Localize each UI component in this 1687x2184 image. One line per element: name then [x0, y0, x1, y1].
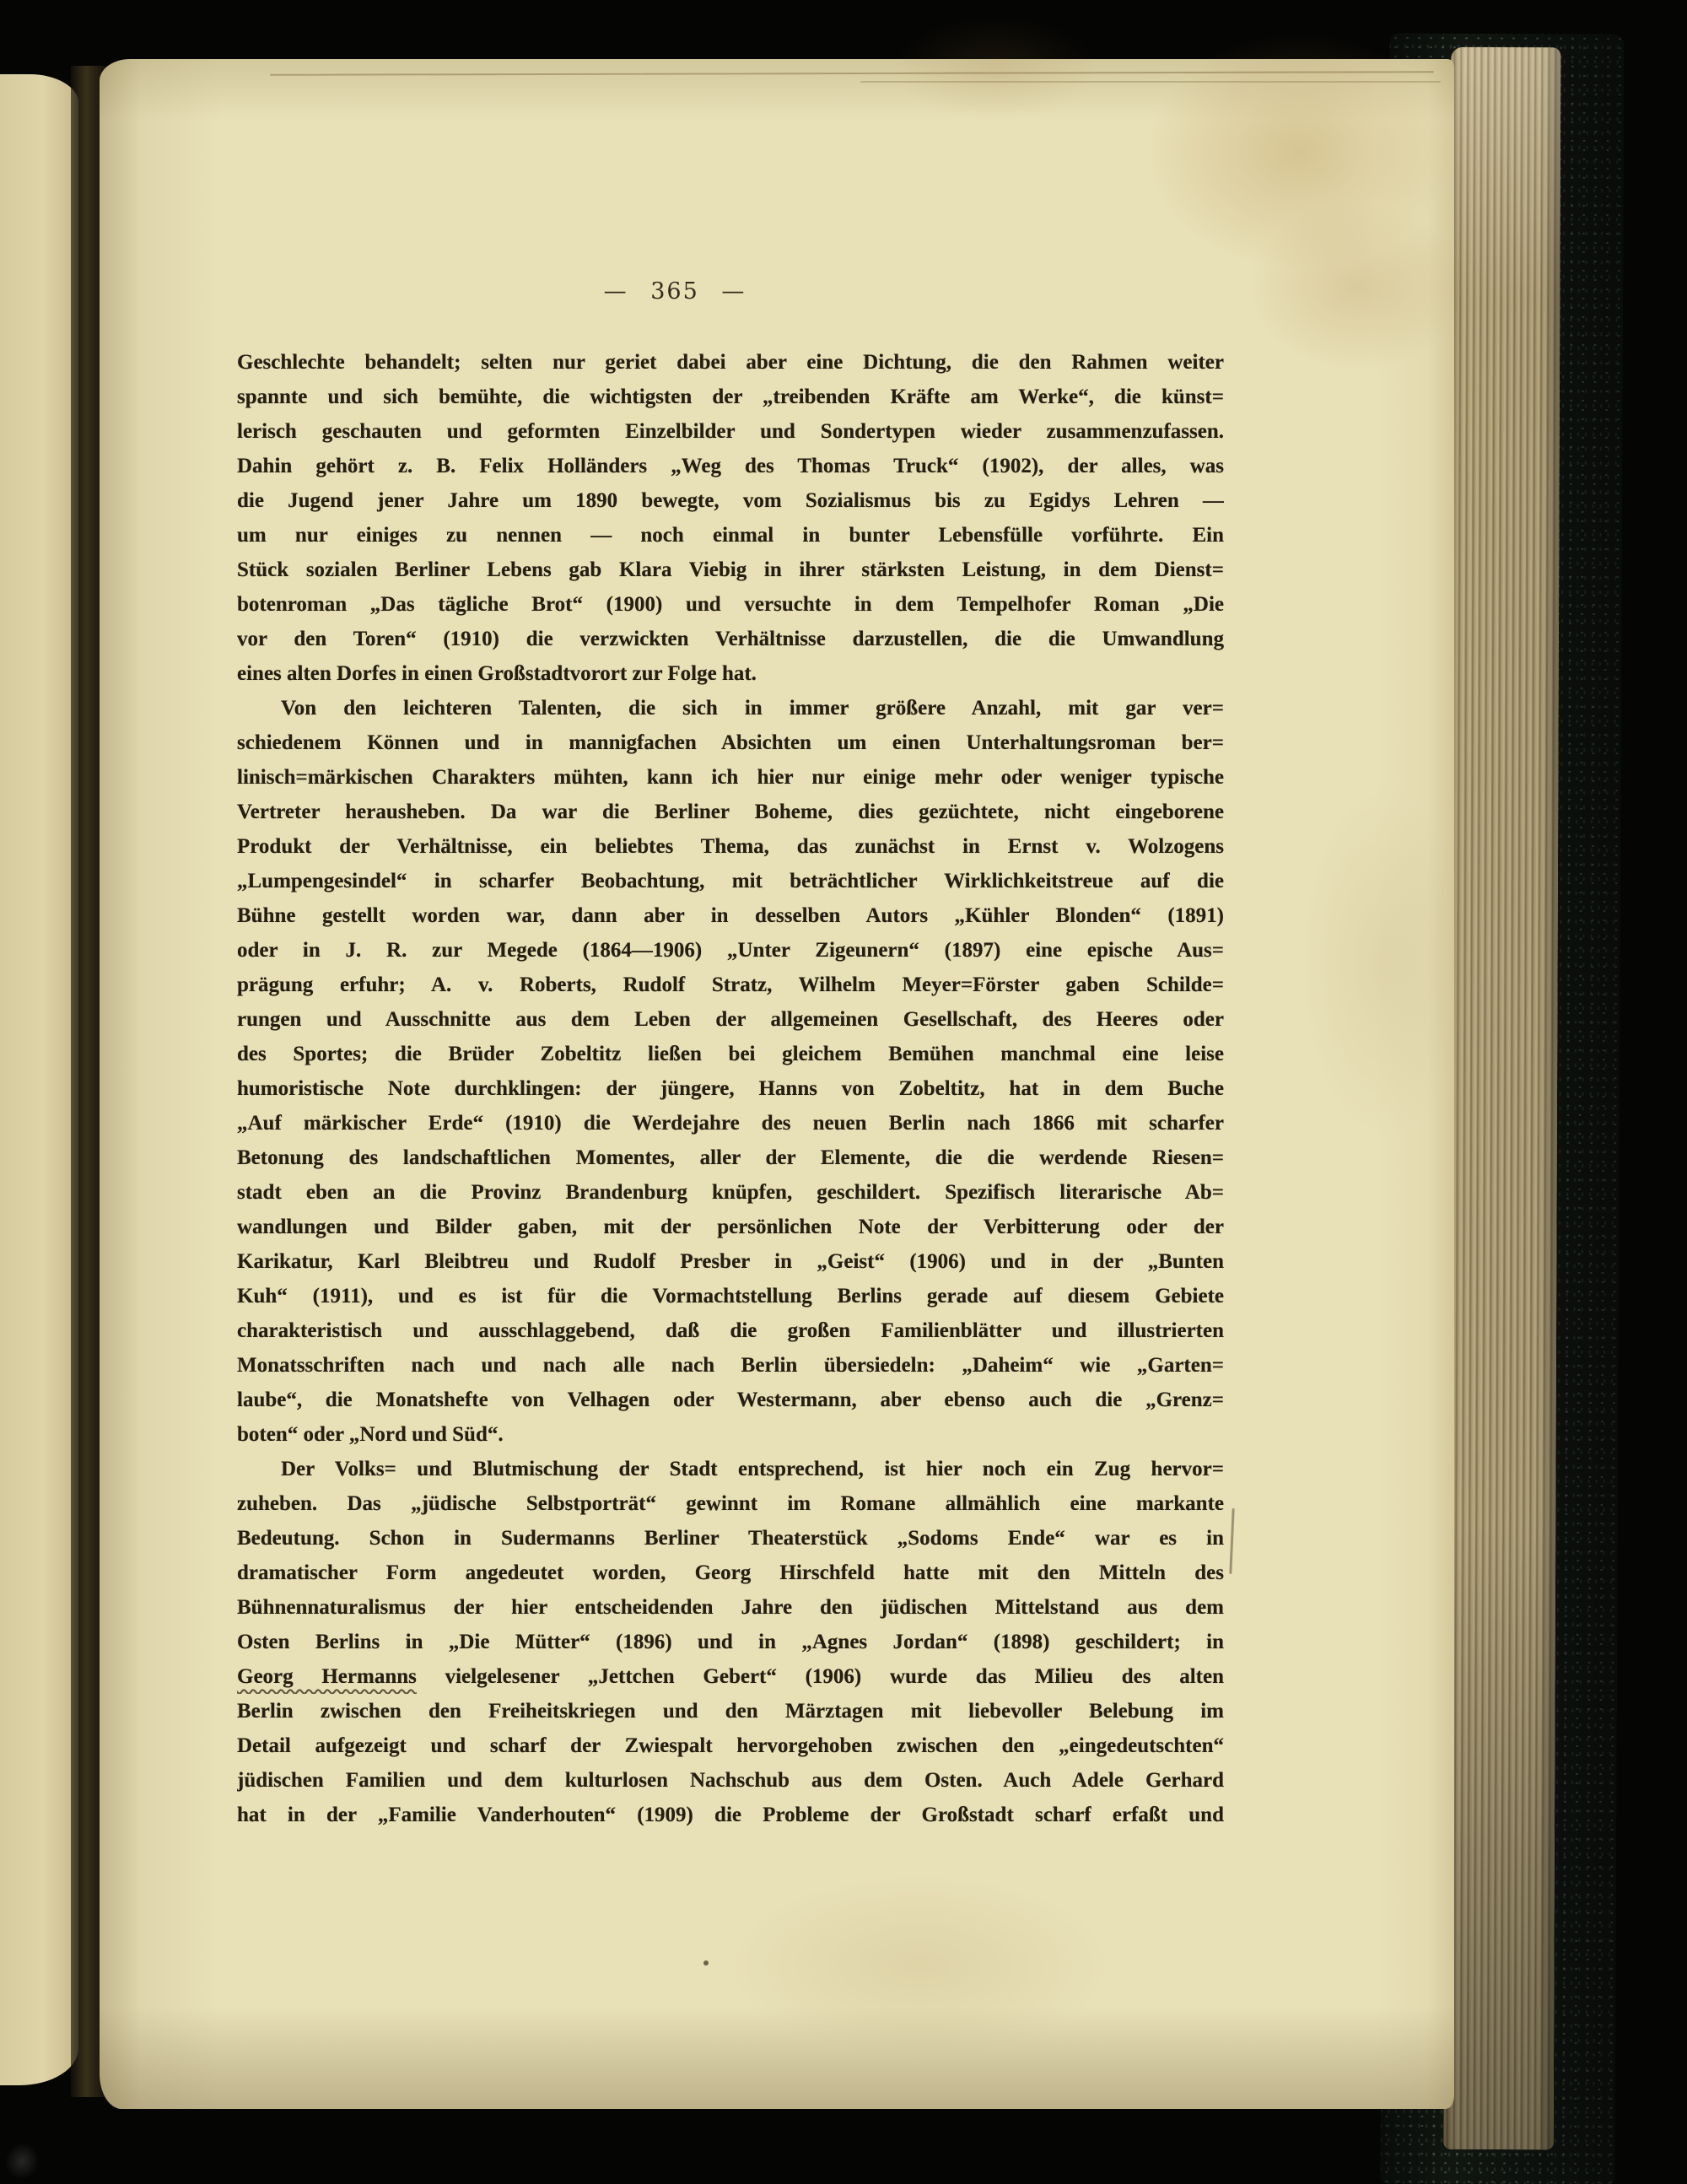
text-line: Georg Hermanns vielgelesener „Jettchen G…: [237, 1659, 1224, 1694]
text-line: stadt eben an die Provinz Brandenburg kn…: [237, 1175, 1224, 1210]
text-line: eines alten Dorfes in einen Großstadtvor…: [237, 656, 1224, 691]
text-line: Produkt der Verhältnisse, ein beliebtes …: [237, 829, 1224, 864]
text-line: jüdischen Familien und dem kulturlosen N…: [237, 1763, 1224, 1798]
text-line: zuheben. Das „jüdische Selbstporträt“ ge…: [237, 1486, 1224, 1521]
text-line: Geschlechte behandelt; selten nur geriet…: [237, 345, 1224, 380]
text-line: spannte und sich bemühte, die wichtigste…: [237, 380, 1224, 414]
previous-page-edge: [0, 74, 78, 2085]
page-stack-fore-edge: [1444, 47, 1561, 2149]
text-line: Dahin gehört z. B. Felix Holländers „Weg…: [237, 449, 1224, 483]
text-line: lerisch geschauten und geformten Einzelb…: [237, 414, 1224, 449]
text-line: schiedenem Können und in mannigfachen Ab…: [237, 725, 1224, 760]
text-line: laube“, die Monatshefte von Velhagen ode…: [237, 1383, 1224, 1417]
text-line: Vertreter herausheben. Da war die Berlin…: [237, 795, 1224, 829]
sheet-edge-line: [860, 81, 1441, 83]
text-line: oder in J. R. zur Megede (1864—1906) „Un…: [237, 933, 1224, 968]
text-line: vor den Toren“ (1910) die verzwickten Ve…: [237, 622, 1224, 656]
text-line: „Auf märkischer Erde“ (1910) die Werdeja…: [237, 1106, 1224, 1141]
text-line: Osten Berlins in „Die Mütter“ (1896) und…: [237, 1625, 1224, 1659]
text-line: Berlin zwischen den Freiheitskriegen und…: [237, 1694, 1224, 1728]
text-line: hat in der „Familie Vanderhouten“ (1909)…: [237, 1798, 1224, 1832]
text-line: dramatischer Form angedeutet worden, Geo…: [237, 1556, 1224, 1590]
text-line: des Sportes; die Brüder Zobeltitz ließen…: [237, 1037, 1224, 1071]
paper-speck: [703, 1960, 709, 1966]
text-line: Detail aufgezeigt und scharf der Zwiespa…: [237, 1728, 1224, 1763]
fore-edge-shading: [1444, 47, 1561, 2149]
text-block: Geschlechte behandelt; selten nur geriet…: [237, 345, 1224, 1832]
text-line: Stück sozialen Berliner Lebens gab Klara…: [237, 553, 1224, 587]
text-line: humoristische Note durchklingen: der jün…: [237, 1071, 1224, 1106]
page-number: — 365 —: [506, 278, 843, 305]
text-line: boten“ oder „Nord und Süd“.: [237, 1417, 1224, 1452]
text-line: charakteristisch und ausschlaggebend, da…: [237, 1313, 1224, 1348]
text-line: Der Volks= und Blutmischung der Stadt en…: [237, 1452, 1224, 1486]
text-line: Von den leichteren Talenten, die sich in…: [237, 691, 1224, 725]
pencil-underline: Georg Hermanns: [237, 1665, 417, 1688]
text-line: Betonung des landschaftlichen Momentes, …: [237, 1141, 1224, 1175]
text-line: Bedeutung. Schon in Sudermanns Berliner …: [237, 1521, 1224, 1556]
text-line: Monatsschriften nach und nach alle nach …: [237, 1348, 1224, 1383]
text-line: Bühne gestellt worden war, dann aber in …: [237, 898, 1224, 933]
text-line: um nur einiges zu nennen — noch einmal i…: [237, 518, 1224, 553]
text-line: die Jugend jener Jahre um 1890 bewegte, …: [237, 483, 1224, 518]
book-scan: — 365 — Geschlechte behandelt; selten nu…: [0, 0, 1687, 2184]
text-line: „Lumpengesindel“ in scharfer Beobachtung…: [237, 864, 1224, 898]
text-line: Kuh“ (1911), und es ist für die Vormacht…: [237, 1279, 1224, 1313]
text-line: Bühnennaturalismus der hier entscheidend…: [237, 1590, 1224, 1625]
text-line: botenroman „Das tägliche Brot“ (1900) un…: [237, 587, 1224, 622]
backdrop-scuff: [0, 2138, 44, 2184]
text-line: prägung erfuhr; A. v. Roberts, Rudolf St…: [237, 968, 1224, 1002]
text-line: Karikatur, Karl Bleibtreu und Rudolf Pre…: [237, 1244, 1224, 1279]
text-line: rungen und Ausschnitte aus dem Leben der…: [237, 1002, 1224, 1037]
text-line: linisch=märkischen Charakters mühten, ka…: [237, 760, 1224, 795]
text-line: wandlungen und Bilder gaben, mit der per…: [237, 1210, 1224, 1244]
